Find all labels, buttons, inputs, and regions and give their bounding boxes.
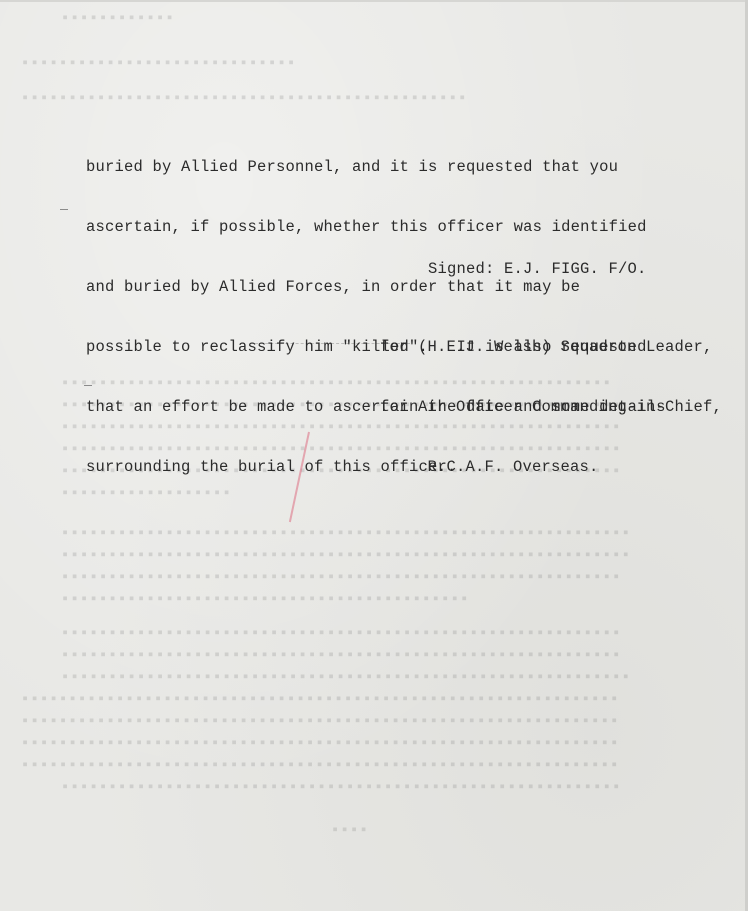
bleed-through-texture: ▪▪▪▪▪▪▪▪▪▪▪▪▪▪▪▪▪▪▪▪▪▪▪▪▪▪▪▪▪▪▪▪▪▪▪▪▪▪▪▪… [60,525,630,542]
bleed-through-texture: ▪▪▪▪▪▪▪▪▪▪▪▪▪▪▪▪▪▪▪▪▪▪▪▪▪▪▪▪▪▪▪▪▪▪▪▪▪▪▪▪… [60,625,621,642]
bleed-through-texture: ▪▪▪▪▪▪▪▪▪▪▪▪▪▪▪▪▪▪▪▪▪▪▪▪▪▪▪▪▪▪▪▪▪▪▪▪▪▪▪▪… [20,691,619,708]
bleed-through-texture: ▪▪▪▪▪▪▪▪▪▪▪▪▪▪▪▪▪▪▪▪▪▪▪▪▪▪▪▪▪▪▪▪▪▪▪▪▪▪▪▪… [20,713,619,730]
signed-line: Signed: E.J. FIGG. F/O. [428,259,647,279]
bleed-through-texture: ▪▪▪▪▪▪▪▪▪▪▪▪▪▪▪▪▪▪▪▪▪▪▪▪▪▪▪▪▪▪▪▪▪▪▪▪▪▪▪▪… [60,779,621,796]
bleed-through-texture: ▪▪▪▪▪▪▪▪▪▪▪▪▪▪▪▪▪▪▪▪▪▪▪▪▪▪▪▪▪▪▪▪▪▪▪▪▪▪▪▪… [20,735,619,752]
bleed-through-texture: ▪▪▪▪▪▪▪▪▪▪▪▪ [60,10,174,27]
margin-tick [60,209,68,210]
bleed-through-texture: ▪▪▪▪▪▪▪▪▪▪▪▪▪▪▪▪▪▪▪▪▪▪▪▪▪▪▪▪▪▪▪▪▪▪▪▪▪▪▪▪… [60,547,630,564]
body-line: and buried by Allied Forces, in order th… [86,277,666,297]
bleed-through-texture: ▪▪▪▪▪▪▪▪▪▪▪▪▪▪▪▪▪▪▪▪▪▪▪▪▪▪▪▪▪▪▪▪▪▪▪▪▪▪▪▪… [60,591,469,608]
bleed-through-texture: ▪▪▪▪▪▪▪▪▪▪▪▪▪▪▪▪▪▪▪▪▪▪▪▪▪▪▪▪▪▪▪▪▪▪▪▪▪▪▪▪… [20,757,619,774]
bleed-through-texture: ▪▪▪▪▪▪▪▪▪▪▪▪▪▪▪▪▪▪▪▪▪▪▪▪▪▪▪▪▪ [20,55,296,72]
bleed-through-texture: ▪▪▪▪ [330,822,368,839]
bleed-through-texture: ▪▪▪▪▪▪▪▪▪▪▪▪▪▪▪▪▪▪▪▪▪▪▪▪▪▪▪▪▪▪▪▪▪▪▪▪▪▪▪▪… [60,669,630,686]
document-page: ▪▪▪▪▪▪▪▪▪▪▪▪ ▪▪▪▪▪▪▪▪▪▪▪▪▪▪▪▪▪▪▪▪▪▪▪▪▪▪▪… [0,0,748,911]
bleed-through-texture: ▪▪▪▪▪▪▪▪▪▪▪▪▪▪▪▪▪▪▪▪▪▪▪▪▪▪▪▪▪▪▪▪▪▪▪▪▪▪▪▪… [20,90,467,107]
bleed-through-texture: ▪▪▪▪▪▪▪▪▪▪▪▪▪▪▪▪▪▪▪▪▪▪▪▪▪▪▪▪▪▪▪▪▪▪▪▪▪▪▪▪… [60,647,621,664]
signature-for-line: R.C.A.F. Overseas. [380,457,722,477]
body-line: ascertain, if possible, whether this off… [86,217,666,237]
signature-block: for (H.E.J. Welsh) Squadron Leader, for … [380,297,722,517]
body-line: buried by Allied Personnel, and it is re… [86,157,666,177]
signature-for-line: for Air Officer Commanding-in-Chief, [380,397,722,417]
signature-for-line: for (H.E.J. Welsh) Squadron Leader, [380,337,722,357]
bleed-through-texture: ▪▪▪▪▪▪▪▪▪▪▪▪▪▪▪▪▪▪▪▪▪▪▪▪▪▪▪▪▪▪▪▪▪▪▪▪▪▪▪▪… [60,569,621,586]
page-edge-top [0,0,748,2]
